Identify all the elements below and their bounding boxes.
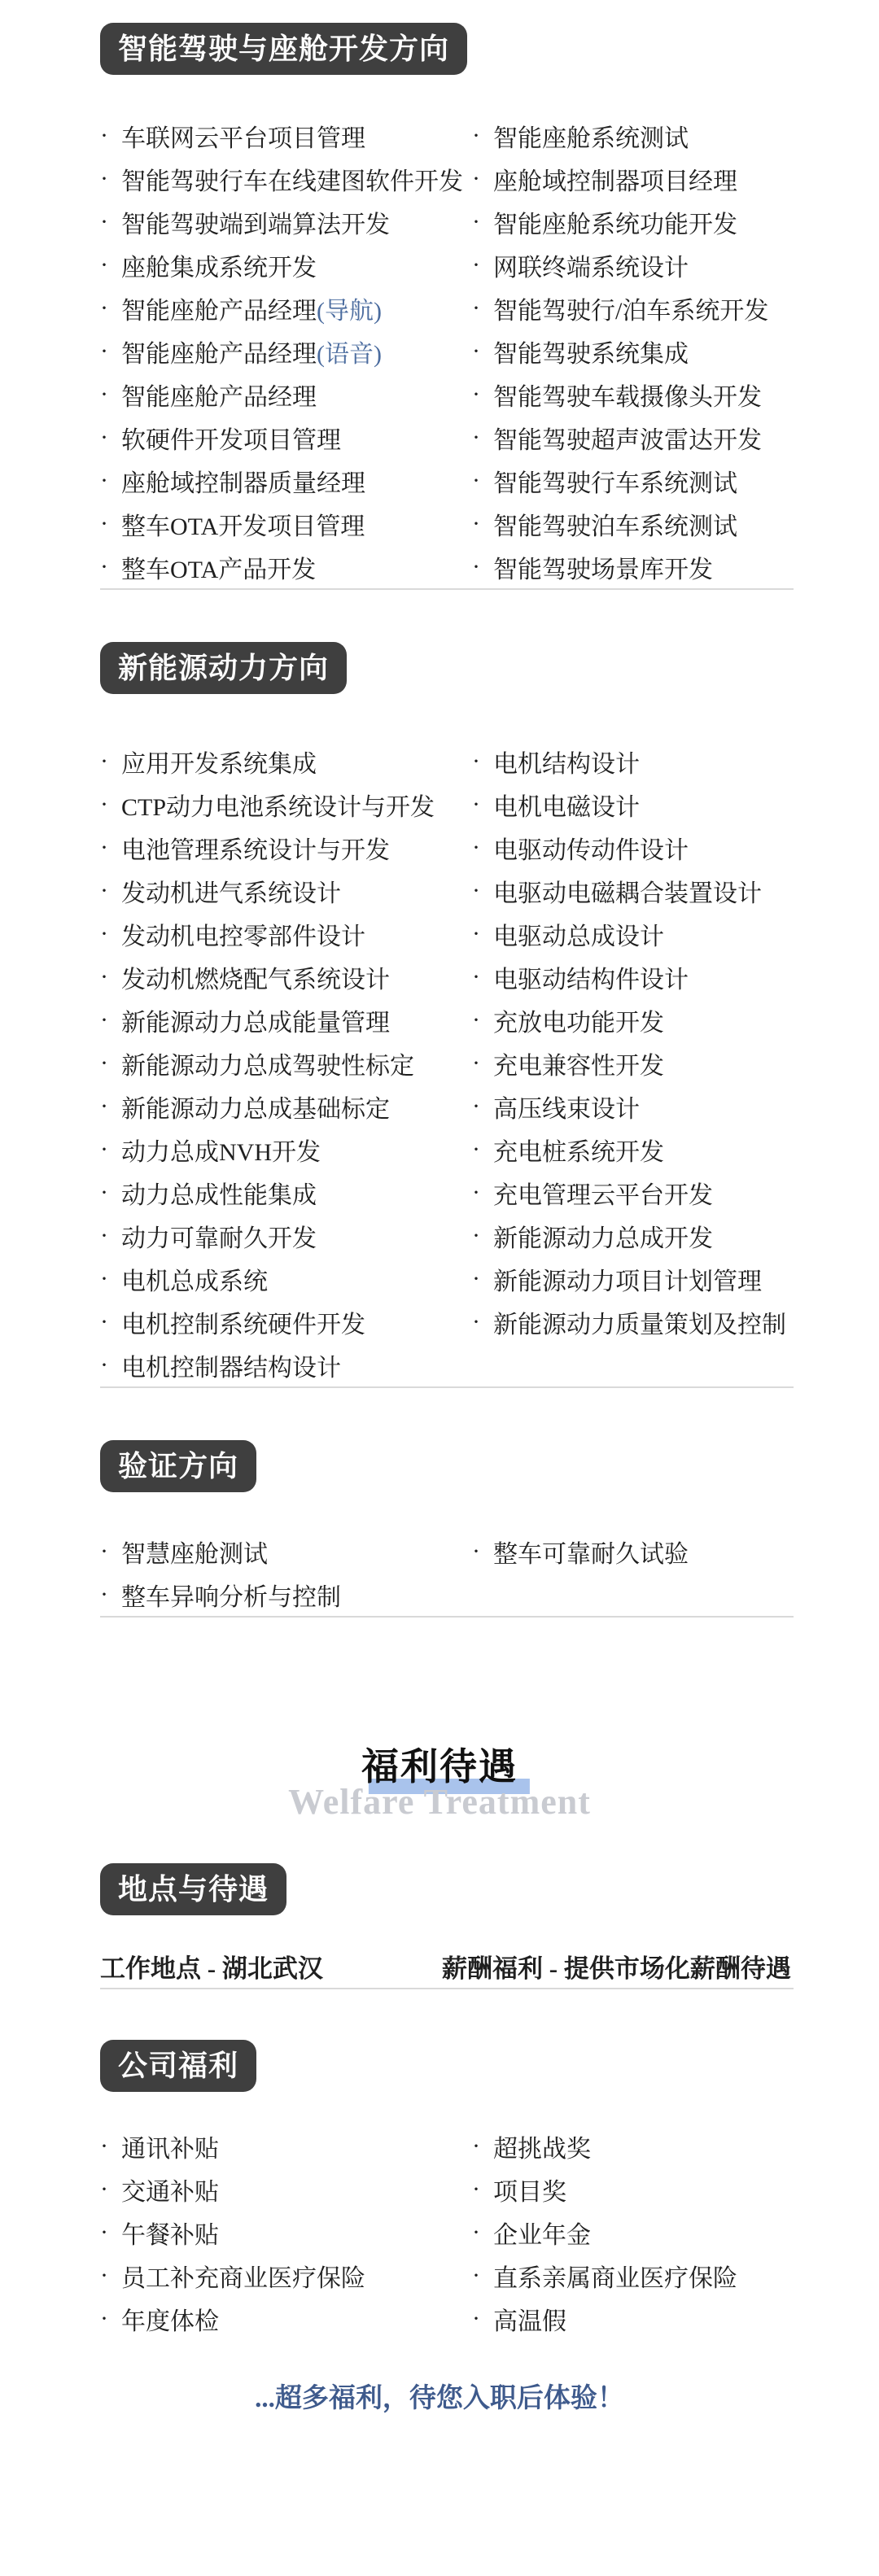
list-item-label: 新能源动力质量策划及控制 (493, 1304, 786, 1340)
bullet-dot: · (100, 122, 121, 150)
list-item-label: 交通补贴 (121, 2172, 219, 2207)
list-item: ·新能源动力质量策划及控制 (472, 1300, 879, 1343)
job-column-left: ·智慧座舱测试·整车异响分析与控制 (100, 1530, 472, 1616)
welfare-title-zh: 福利待遇 (361, 1746, 518, 1788)
list-item-label: 员工补充商业医疗保险 (121, 2258, 365, 2294)
list-item: ·充电管理云平台开发 (472, 1171, 879, 1214)
bullet-dot: · (100, 1006, 121, 1034)
list-item: ·应用开发系统集成 (100, 740, 472, 783)
bullet-dot: · (472, 2133, 493, 2160)
list-item-label: 座舱集成系统开发 (121, 247, 317, 283)
bullet-dot: · (100, 2219, 121, 2246)
list-item: ·电机控制系统硬件开发 (100, 1300, 472, 1343)
list-item-label: 网联终端系统设计 (493, 247, 689, 283)
list-item: ·座舱域控制器项目经理 (472, 157, 879, 200)
bullet-dot: · (100, 1538, 121, 1565)
bullet-dot: · (100, 1093, 121, 1120)
bullet-dot: · (100, 834, 121, 862)
bullet-dot: · (472, 1222, 493, 1250)
list-item: 薪酬福利 - 提供市场化薪酬待遇 (442, 1945, 879, 1988)
section-intelligent-driving-cockpit: 智能驾驶与座舱开发方向 ·车联网云平台项目管理·智能驾驶行车在线建图软件开发·智… (0, 23, 879, 588)
bullet-dot: · (472, 877, 493, 905)
section-verification: 验证方向 ·智慧座舱测试·整车异响分析与控制 ·整车可靠耐久试验 (0, 1440, 879, 1616)
list-item: ·发动机电控零部件设计 (100, 912, 472, 955)
list-item-label: 智慧座舱测试 (121, 1534, 268, 1570)
job-column-right: ·智能座舱系统测试·座舱域控制器项目经理·智能座舱系统功能开发·网联终端系统设计… (472, 114, 879, 588)
list-item-label: 通讯补贴 (121, 2128, 219, 2164)
list-item: ·高温假 (472, 2297, 879, 2340)
list-item-label: 动力可靠耐久开发 (121, 1218, 317, 1254)
bullet-dot: · (472, 1006, 493, 1034)
bullet-dot: · (100, 338, 121, 365)
bullet-dot: · (472, 1308, 493, 1336)
list-item-label: 电驱动传动件设计 (493, 830, 689, 866)
list-item: ·整车可靠耐久试验 (472, 1530, 879, 1573)
list-item-label: 新能源动力总成能量管理 (121, 1002, 390, 1038)
bullet-dot: · (472, 1093, 493, 1120)
list-item: ·通讯补贴 (100, 2124, 472, 2168)
list-item-label: 电驱动结构件设计 (493, 959, 689, 995)
list-item: ·年度体检 (100, 2297, 472, 2340)
bullet-dot: · (100, 920, 121, 948)
job-columns: ·应用开发系统集成·CTP动力电池系统设计与开发·电池管理系统设计与开发·发动机… (0, 740, 879, 1386)
list-item: 工作地点 - 湖北武汉 (100, 1945, 442, 1988)
section-divider (100, 588, 794, 590)
list-item-label: 软硬件开发项目管理 (121, 420, 341, 456)
list-item-label: 发动机电控零部件设计 (121, 916, 365, 952)
list-item: ·智能座舱系统测试 (472, 114, 879, 157)
list-item-label: 发动机燃烧配气系统设计 (121, 959, 390, 995)
bullet-dot: · (100, 251, 121, 279)
job-column-right: ·整车可靠耐久试验 (472, 1530, 879, 1616)
list-item-label: 项目奖 (493, 2172, 566, 2207)
section-badge-new-energy: 新能源动力方向 (100, 642, 347, 694)
list-item-label: 新能源动力总成驾驶性标定 (121, 1046, 414, 1081)
list-item: ·发动机燃烧配气系统设计 (100, 955, 472, 998)
list-item: ·网联终端系统设计 (472, 243, 879, 286)
bullet-dot: · (472, 553, 493, 581)
list-item: ·电驱动总成设计 (472, 912, 879, 955)
bullet-dot: · (472, 251, 493, 279)
bullet-dot: · (472, 2262, 493, 2290)
list-item-label: 充放电功能开发 (493, 1002, 664, 1038)
section-divider (100, 1616, 794, 1618)
list-item-label: CTP动力电池系统设计与开发 (121, 787, 435, 823)
list-item: ·企业年金 (472, 2211, 879, 2254)
list-item: ·智能驾驶端到端算法开发 (100, 200, 472, 243)
list-item-label: 电机电磁设计 (493, 787, 640, 823)
benefit-column-right: ·超挑战奖·项目奖·企业年金·直系亲属商业医疗保险·高温假 (472, 2124, 879, 2340)
list-item: ·座舱集成系统开发 (100, 243, 472, 286)
bullet-dot: · (100, 381, 121, 408)
job-columns: ·智慧座舱测试·整车异响分析与控制 ·整车可靠耐久试验 (0, 1530, 879, 1616)
list-item-label: 整车OTA产品开发 (121, 549, 316, 585)
bullet-dot: · (472, 381, 493, 408)
bullet-dot: · (100, 1308, 121, 1336)
bullet-dot: · (100, 1222, 121, 1250)
list-item-label: 智能驾驶端到端算法开发 (121, 204, 390, 240)
list-item-label: 充电桩系统开发 (493, 1132, 664, 1168)
bullet-dot: · (472, 748, 493, 775)
list-item: ·电机总成系统 (100, 1257, 472, 1300)
list-item: ·智能座舱产品经理 (100, 373, 472, 416)
benefit-column-left: ·通讯补贴·交通补贴·午餐补贴·员工补充商业医疗保险·年度体检 (100, 2124, 472, 2340)
bullet-dot: · (472, 467, 493, 495)
location-column-right: 薪酬福利 - 提供市场化薪酬待遇 (442, 1945, 879, 1988)
bullet-dot: · (100, 748, 121, 775)
bullet-dot: · (472, 963, 493, 991)
bullet-dot: · (472, 122, 493, 150)
list-item-label: 充电兼容性开发 (493, 1046, 664, 1081)
bullet-dot: · (472, 1050, 493, 1077)
bullet-dot: · (472, 1179, 493, 1207)
list-item: ·项目奖 (472, 2168, 879, 2211)
list-item: ·智能座舱系统功能开发 (472, 200, 879, 243)
list-item-label: 整车可靠耐久试验 (493, 1534, 689, 1570)
section-badge-location: 地点与待遇 (100, 1863, 286, 1915)
bullet-dot: · (100, 1136, 121, 1164)
list-item: ·智能驾驶车载摄像头开发 (472, 373, 879, 416)
list-item-label: 智能驾驶场景库开发 (493, 549, 713, 585)
list-item-label: 智能座舱产品经理(语音) (121, 334, 382, 369)
section-badge-intelligent-driving: 智能驾驶与座舱开发方向 (100, 23, 467, 75)
bullet-dot: · (100, 1581, 121, 1609)
list-item-label: 工作地点 - 湖北武汉 (100, 1948, 323, 1984)
bullet-dot: · (100, 1351, 121, 1379)
section-badge-wrap: 验证方向 (100, 1440, 879, 1492)
list-item: ·电机结构设计 (472, 740, 879, 783)
list-item-label: 动力总成NVH开发 (121, 1132, 321, 1168)
list-item: ·座舱域控制器质量经理 (100, 459, 472, 502)
bullet-dot: · (100, 1265, 121, 1293)
list-item-label: 电机总成系统 (121, 1261, 268, 1297)
list-item-label: 年度体检 (121, 2301, 219, 2337)
bullet-dot: · (100, 295, 121, 322)
list-item: ·发动机进气系统设计 (100, 869, 472, 912)
list-item: ·电机电磁设计 (472, 783, 879, 826)
bullet-dot: · (100, 424, 121, 452)
list-item-label: 座舱域控制器项目经理 (493, 161, 737, 197)
section-company-benefits: 公司福利 ·通讯补贴·交通补贴·午餐补贴·员工补充商业医疗保险·年度体检 ·超挑… (0, 2040, 879, 2340)
list-item-label: 智能驾驶行车系统测试 (493, 463, 737, 499)
list-item: ·电驱动电磁耦合装置设计 (472, 869, 879, 912)
recruitment-poster: 智能驾驶与座舱开发方向 ·车联网云平台项目管理·智能驾驶行车在线建图软件开发·智… (0, 0, 879, 2445)
list-item-label: 发动机进气系统设计 (121, 873, 341, 909)
bullet-dot: · (472, 1136, 493, 1164)
list-item-label: 充电管理云平台开发 (493, 1175, 713, 1211)
benefit-columns: ·通讯补贴·交通补贴·午餐补贴·员工补充商业医疗保险·年度体检 ·超挑战奖·项目… (0, 2124, 879, 2340)
list-item: ·智慧座舱测试 (100, 1530, 472, 1573)
bullet-dot: · (100, 165, 121, 193)
list-item: ·智能驾驶系统集成 (472, 330, 879, 373)
bullet-dot: · (472, 510, 493, 538)
bullet-dot: · (472, 208, 493, 236)
section-divider (100, 1988, 794, 1989)
list-item-label: 新能源动力总成开发 (493, 1218, 713, 1254)
bullet-dot: · (100, 791, 121, 819)
bullet-dot: · (472, 2305, 493, 2333)
bullet-dot: · (100, 2176, 121, 2203)
list-item: ·充电桩系统开发 (472, 1128, 879, 1171)
bullet-dot: · (472, 424, 493, 452)
list-item-label: 整车异响分析与控制 (121, 1577, 341, 1613)
bullet-dot: · (100, 963, 121, 991)
list-item-label: 整车OTA开发项目管理 (121, 506, 365, 542)
list-item-label: 智能座舱产品经理(导航) (121, 290, 382, 326)
list-item: ·智能驾驶行车在线建图软件开发 (100, 157, 472, 200)
list-item: ·高压线束设计 (472, 1085, 879, 1128)
bullet-dot: · (100, 553, 121, 581)
list-item-label: 新能源动力总成基础标定 (121, 1089, 390, 1124)
list-item-label: 高压线束设计 (493, 1089, 640, 1124)
list-item-label: 超挑战奖 (493, 2128, 591, 2164)
bullet-dot: · (472, 1538, 493, 1565)
list-item-label: 午餐补贴 (121, 2215, 219, 2251)
bullet-dot: · (472, 834, 493, 862)
bullet-dot: · (472, 1265, 493, 1293)
list-item: ·动力总成NVH开发 (100, 1128, 472, 1171)
list-item-label: 薪酬福利 - 提供市场化薪酬待遇 (442, 1948, 791, 1984)
section-badge-wrap: 公司福利 (100, 2040, 879, 2092)
list-item: ·动力可靠耐久开发 (100, 1214, 472, 1257)
list-item-label: 智能座舱系统测试 (493, 118, 689, 154)
list-item: ·新能源动力总成基础标定 (100, 1085, 472, 1128)
bullet-dot: · (472, 791, 493, 819)
list-item: ·电机控制器结构设计 (100, 1343, 472, 1386)
list-item-label: 智能驾驶超声波雷达开发 (493, 420, 762, 456)
list-item: ·智能驾驶行车系统测试 (472, 459, 879, 502)
location-column-left: 工作地点 - 湖北武汉 (100, 1945, 442, 1988)
list-item: ·电池管理系统设计与开发 (100, 826, 472, 869)
section-badge-wrap: 智能驾驶与座舱开发方向 (100, 23, 879, 75)
section-divider (100, 1386, 794, 1388)
job-column-left: ·车联网云平台项目管理·智能驾驶行车在线建图软件开发·智能驾驶端到端算法开发·座… (100, 114, 472, 588)
list-item: ·新能源动力项目计划管理 (472, 1257, 879, 1300)
list-item-label: 车联网云平台项目管理 (121, 118, 365, 154)
list-item: ·整车异响分析与控制 (100, 1573, 472, 1616)
section-badge-verification: 验证方向 (100, 1440, 256, 1492)
section-location-pay: 地点与待遇 工作地点 - 湖北武汉 薪酬福利 - 提供市场化薪酬待遇 (0, 1863, 879, 1988)
bullet-dot: · (472, 2176, 493, 2203)
section-new-energy-power: 新能源动力方向 ·应用开发系统集成·CTP动力电池系统设计与开发·电池管理系统设… (0, 642, 879, 1386)
list-item: ·整车OTA开发项目管理 (100, 502, 472, 545)
welfare-title-en: Welfare Treatment (0, 1782, 879, 1823)
list-item-label: 智能驾驶行车在线建图软件开发 (121, 161, 463, 197)
list-item-label: 智能驾驶车载摄像头开发 (493, 377, 762, 413)
bullet-dot: · (100, 2262, 121, 2290)
list-item: ·智能驾驶超声波雷达开发 (472, 416, 879, 459)
list-item: ·员工补充商业医疗保险 (100, 2254, 472, 2297)
list-item-suffix: (语音) (317, 341, 382, 368)
footer-note: ...超多福利，待您入职后体验！ (0, 2382, 879, 2445)
section-badge-wrap: 新能源动力方向 (100, 642, 879, 694)
list-item-label: 智能座舱系统功能开发 (493, 204, 737, 240)
list-item-label: 电机结构设计 (493, 744, 640, 779)
list-item: ·充电兼容性开发 (472, 1041, 879, 1085)
list-item: ·CTP动力电池系统设计与开发 (100, 783, 472, 826)
list-item-label: 智能座舱产品经理 (121, 377, 317, 413)
bullet-dot: · (472, 295, 493, 322)
list-item: ·新能源动力总成驾驶性标定 (100, 1041, 472, 1085)
list-item-label: 企业年金 (493, 2215, 591, 2251)
bullet-dot: · (100, 467, 121, 495)
list-item: ·整车OTA产品开发 (100, 545, 472, 588)
list-item: ·新能源动力总成能量管理 (100, 998, 472, 1041)
list-item-label: 电池管理系统设计与开发 (121, 830, 390, 866)
list-item: ·智能驾驶行/泊车系统开发 (472, 286, 879, 330)
list-item-label: 电机控制器结构设计 (121, 1347, 341, 1383)
list-item: ·电驱动传动件设计 (472, 826, 879, 869)
bullet-dot: · (100, 2305, 121, 2333)
list-item: ·智能驾驶泊车系统测试 (472, 502, 879, 545)
list-item-suffix: (导航) (317, 298, 382, 325)
list-item-label: 智能驾驶系统集成 (493, 334, 689, 369)
list-item: ·直系亲属商业医疗保险 (472, 2254, 879, 2297)
section-badge-wrap: 地点与待遇 (100, 1863, 879, 1915)
list-item: ·充放电功能开发 (472, 998, 879, 1041)
job-column-left: ·应用开发系统集成·CTP动力电池系统设计与开发·电池管理系统设计与开发·发动机… (100, 740, 472, 1386)
list-item-label: 智能驾驶泊车系统测试 (493, 506, 737, 542)
bullet-dot: · (472, 165, 493, 193)
job-columns: ·车联网云平台项目管理·智能驾驶行车在线建图软件开发·智能驾驶端到端算法开发·座… (0, 114, 879, 588)
list-item: ·新能源动力总成开发 (472, 1214, 879, 1257)
list-item-label: 直系亲属商业医疗保险 (493, 2258, 737, 2294)
job-column-right: ·电机结构设计·电机电磁设计·电驱动传动件设计·电驱动电磁耦合装置设计·电驱动总… (472, 740, 879, 1386)
list-item: ·超挑战奖 (472, 2124, 879, 2168)
list-item-label: 新能源动力项目计划管理 (493, 1261, 762, 1297)
list-item: ·智能座舱产品经理(导航) (100, 286, 472, 330)
list-item: ·交通补贴 (100, 2168, 472, 2211)
section-badge-benefits: 公司福利 (100, 2040, 256, 2092)
list-item-label: 应用开发系统集成 (121, 744, 317, 779)
bullet-dot: · (472, 338, 493, 365)
bullet-dot: · (472, 920, 493, 948)
list-item: ·动力总成性能集成 (100, 1171, 472, 1214)
bullet-dot: · (100, 208, 121, 236)
list-item: ·电驱动结构件设计 (472, 955, 879, 998)
list-item-label: 高温假 (493, 2301, 566, 2337)
bullet-dot: · (100, 2133, 121, 2160)
list-item: ·智能座舱产品经理(语音) (100, 330, 472, 373)
bullet-dot: · (472, 2219, 493, 2246)
list-item-label: 电机控制系统硬件开发 (121, 1304, 365, 1340)
list-item-label: 电驱动电磁耦合装置设计 (493, 873, 762, 909)
list-item: ·软硬件开发项目管理 (100, 416, 472, 459)
bullet-dot: · (100, 510, 121, 538)
bullet-dot: · (100, 877, 121, 905)
list-item: ·车联网云平台项目管理 (100, 114, 472, 157)
list-item: ·午餐补贴 (100, 2211, 472, 2254)
bullet-dot: · (100, 1050, 121, 1077)
list-item-label: 智能驾驶行/泊车系统开发 (493, 290, 768, 326)
location-columns: 工作地点 - 湖北武汉 薪酬福利 - 提供市场化薪酬待遇 (0, 1945, 879, 1988)
bullet-dot: · (100, 1179, 121, 1207)
list-item-label: 座舱域控制器质量经理 (121, 463, 365, 499)
list-item-label: 电驱动总成设计 (493, 916, 664, 952)
list-item: ·智能驾驶场景库开发 (472, 545, 879, 588)
list-item-label: 动力总成性能集成 (121, 1175, 317, 1211)
